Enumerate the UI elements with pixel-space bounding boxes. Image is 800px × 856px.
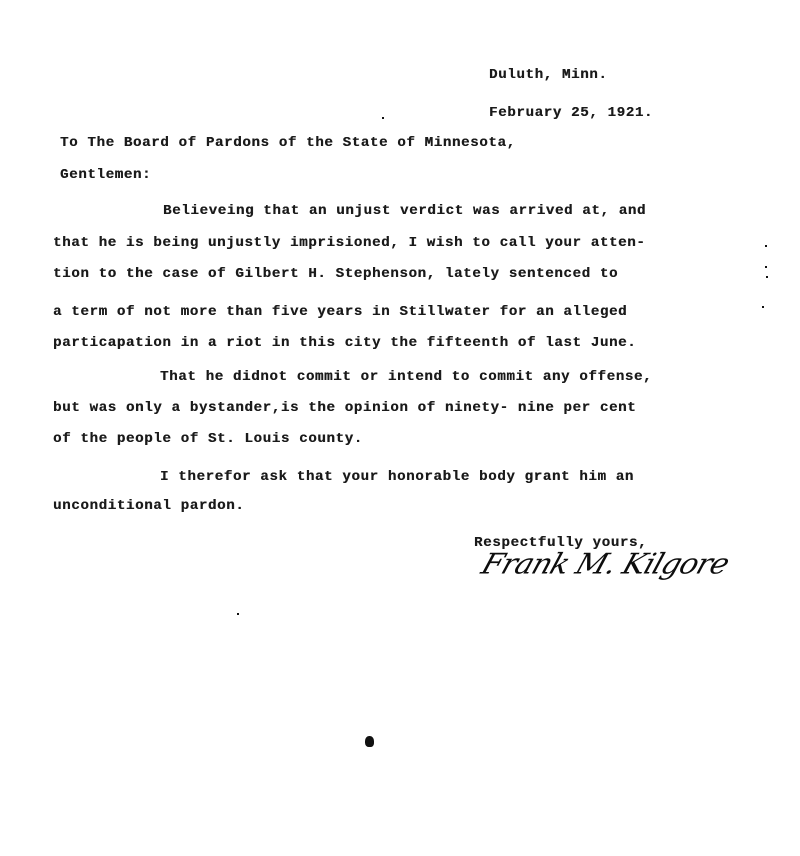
scan-speck (382, 117, 384, 119)
body-line: I therefor ask that your honorable body … (160, 470, 634, 484)
letter-salutation: Gentlemen: (60, 168, 151, 182)
body-line: that he is being unjustly imprisioned, I… (53, 236, 645, 250)
body-line: a term of not more than five years in St… (53, 305, 627, 319)
handwritten-signature: Frank M. Kilgore (477, 548, 733, 581)
letter-addressee: To The Board of Pardons of the State of … (60, 136, 516, 150)
letter-place: Duluth, Minn. (489, 68, 607, 82)
letter-page: Duluth, Minn. February 25, 1921. To The … (0, 0, 800, 856)
scan-speck (766, 276, 768, 278)
body-line: but was only a bystander,is the opinion … (53, 401, 636, 415)
scan-speck (762, 306, 764, 308)
ink-blot-mark (365, 736, 374, 747)
body-line: Believeing that an unjust verdict was ar… (163, 204, 646, 218)
body-line: unconditional pardon. (53, 499, 244, 513)
body-line: tion to the case of Gilbert H. Stephenso… (53, 267, 618, 281)
letter-date: February 25, 1921. (489, 106, 653, 120)
body-line: of the people of St. Louis county. (53, 432, 363, 446)
scan-speck (765, 245, 767, 247)
body-line: That he didnot commit or intend to commi… (160, 370, 652, 384)
body-line: particapation in a riot in this city the… (53, 336, 636, 350)
scan-speck (237, 613, 239, 615)
scan-speck (765, 266, 767, 268)
